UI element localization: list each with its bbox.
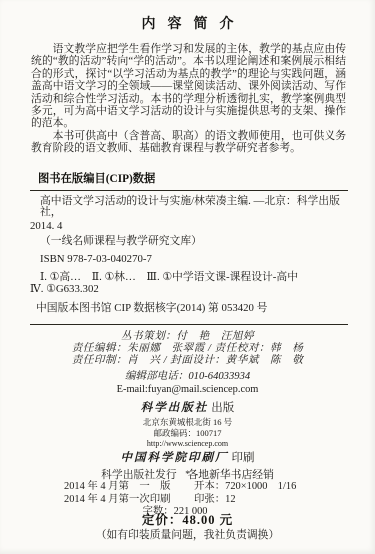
quality-note: （如有印装质量问题，我社负责调换） (0, 527, 375, 542)
cip-line-class-number: Ⅳ. ①G633.302 (30, 284, 348, 296)
summary-paragraph-2: 本书可供高中（含普高、职高）的语文教师使用，也可供义务教育阶段的语文教师、基础教… (31, 130, 346, 155)
credit-printing-cover-design: 责任印制：肖 兴 / 封面设计：黄华斌 陈 敬 (0, 355, 375, 367)
cip-line-year: 2014. 4 (30, 221, 348, 233)
edition-row-1: 2014 年 4 月第 一 版 开本：720×1000 1/16 (64, 481, 316, 492)
page-title: 内容简介 (0, 0, 375, 33)
publisher-website: http://www.sciencep.com (0, 439, 375, 448)
format-size: 开本：720×1000 1/16 (194, 481, 316, 492)
book-copyright-page: 内容简介 语文教学应把学生看作学习和发展的主体，教学的基点应由传统的“教的活动”… (0, 0, 375, 554)
print-label: 印刷 (232, 452, 255, 464)
sheet-count: 印张：12 (194, 494, 316, 505)
price: 定价：48.00 元 (0, 510, 375, 528)
credit-series-planner: 丛书策划：付 艳 汪旭婷 (0, 331, 375, 343)
cip-line-classification: Ⅰ. ①高… Ⅱ. ①林… Ⅲ. ①中学语文课-课程设计-高中 (30, 272, 348, 284)
cip-body: 高中语文学习活动的设计与实施/林荣凑主编. —北京：科学出版社， 2014. 4… (30, 190, 348, 326)
editorial-email: E-mail:fuyan@mail.sciencep.com (0, 384, 375, 396)
cip-line-isbn: ISBN 978-7-03-040270-7 (30, 254, 348, 266)
edition-row-2: 2014 年 4 月第一次印刷 印张：12 (64, 494, 316, 505)
separator-asterisk: * (0, 470, 375, 479)
editorial-phone: 编辑部电话：010-64033934 (0, 371, 375, 383)
publisher-postcode: 邮政编码：100717 (0, 429, 375, 439)
summary-paragraph-1: 语文教学应把学生看作学习和发展的主体，教学的基点应由传统的“教的活动”转向“学的… (31, 43, 346, 130)
cip-line-record-number: 中国版本图书馆 CIP 数据核字(2014) 第 053420 号 (30, 303, 348, 315)
cip-data-section: 图书在版编目(CIP)数据 高中语文学习活动的设计与实施/林荣凑主编. —北京：… (30, 170, 348, 326)
publisher-address: 北京东黄城根北街 16 号 (0, 418, 375, 428)
printer-logo-text: 中国科学院印刷厂 (121, 452, 229, 464)
publisher-logo-text: 科学出版社 (141, 402, 209, 414)
publish-label: 出版 (211, 402, 234, 414)
edition-date: 2014 年 4 月第 一 版 (64, 481, 194, 492)
printer-line: 中国科学院印刷厂 印刷 (0, 451, 375, 465)
cip-line-title: 高中语文学习活动的设计与实施/林荣凑主编. —北京：科学出版社， (30, 196, 348, 219)
printing-date: 2014 年 4 月第一次印刷 (64, 494, 194, 505)
credit-editor-proofreader: 责任编辑：朱丽娜 张翠霞 / 责任校对：韩 杨 (0, 343, 375, 355)
publisher-line: 科学出版社 出版 (0, 401, 375, 415)
cip-line-series: （一线名师课程与教学研究文库） (30, 236, 348, 248)
editorial-credits: 丛书策划：付 艳 汪旭婷 责任编辑：朱丽娜 张翠霞 / 责任校对：韩 杨 责任印… (0, 331, 375, 395)
cip-header: 图书在版编目(CIP)数据 (30, 170, 348, 186)
content-summary: 语文教学应把学生看作学习和发展的主体，教学的基点应由传统的“教的活动”转向“学的… (31, 43, 346, 155)
